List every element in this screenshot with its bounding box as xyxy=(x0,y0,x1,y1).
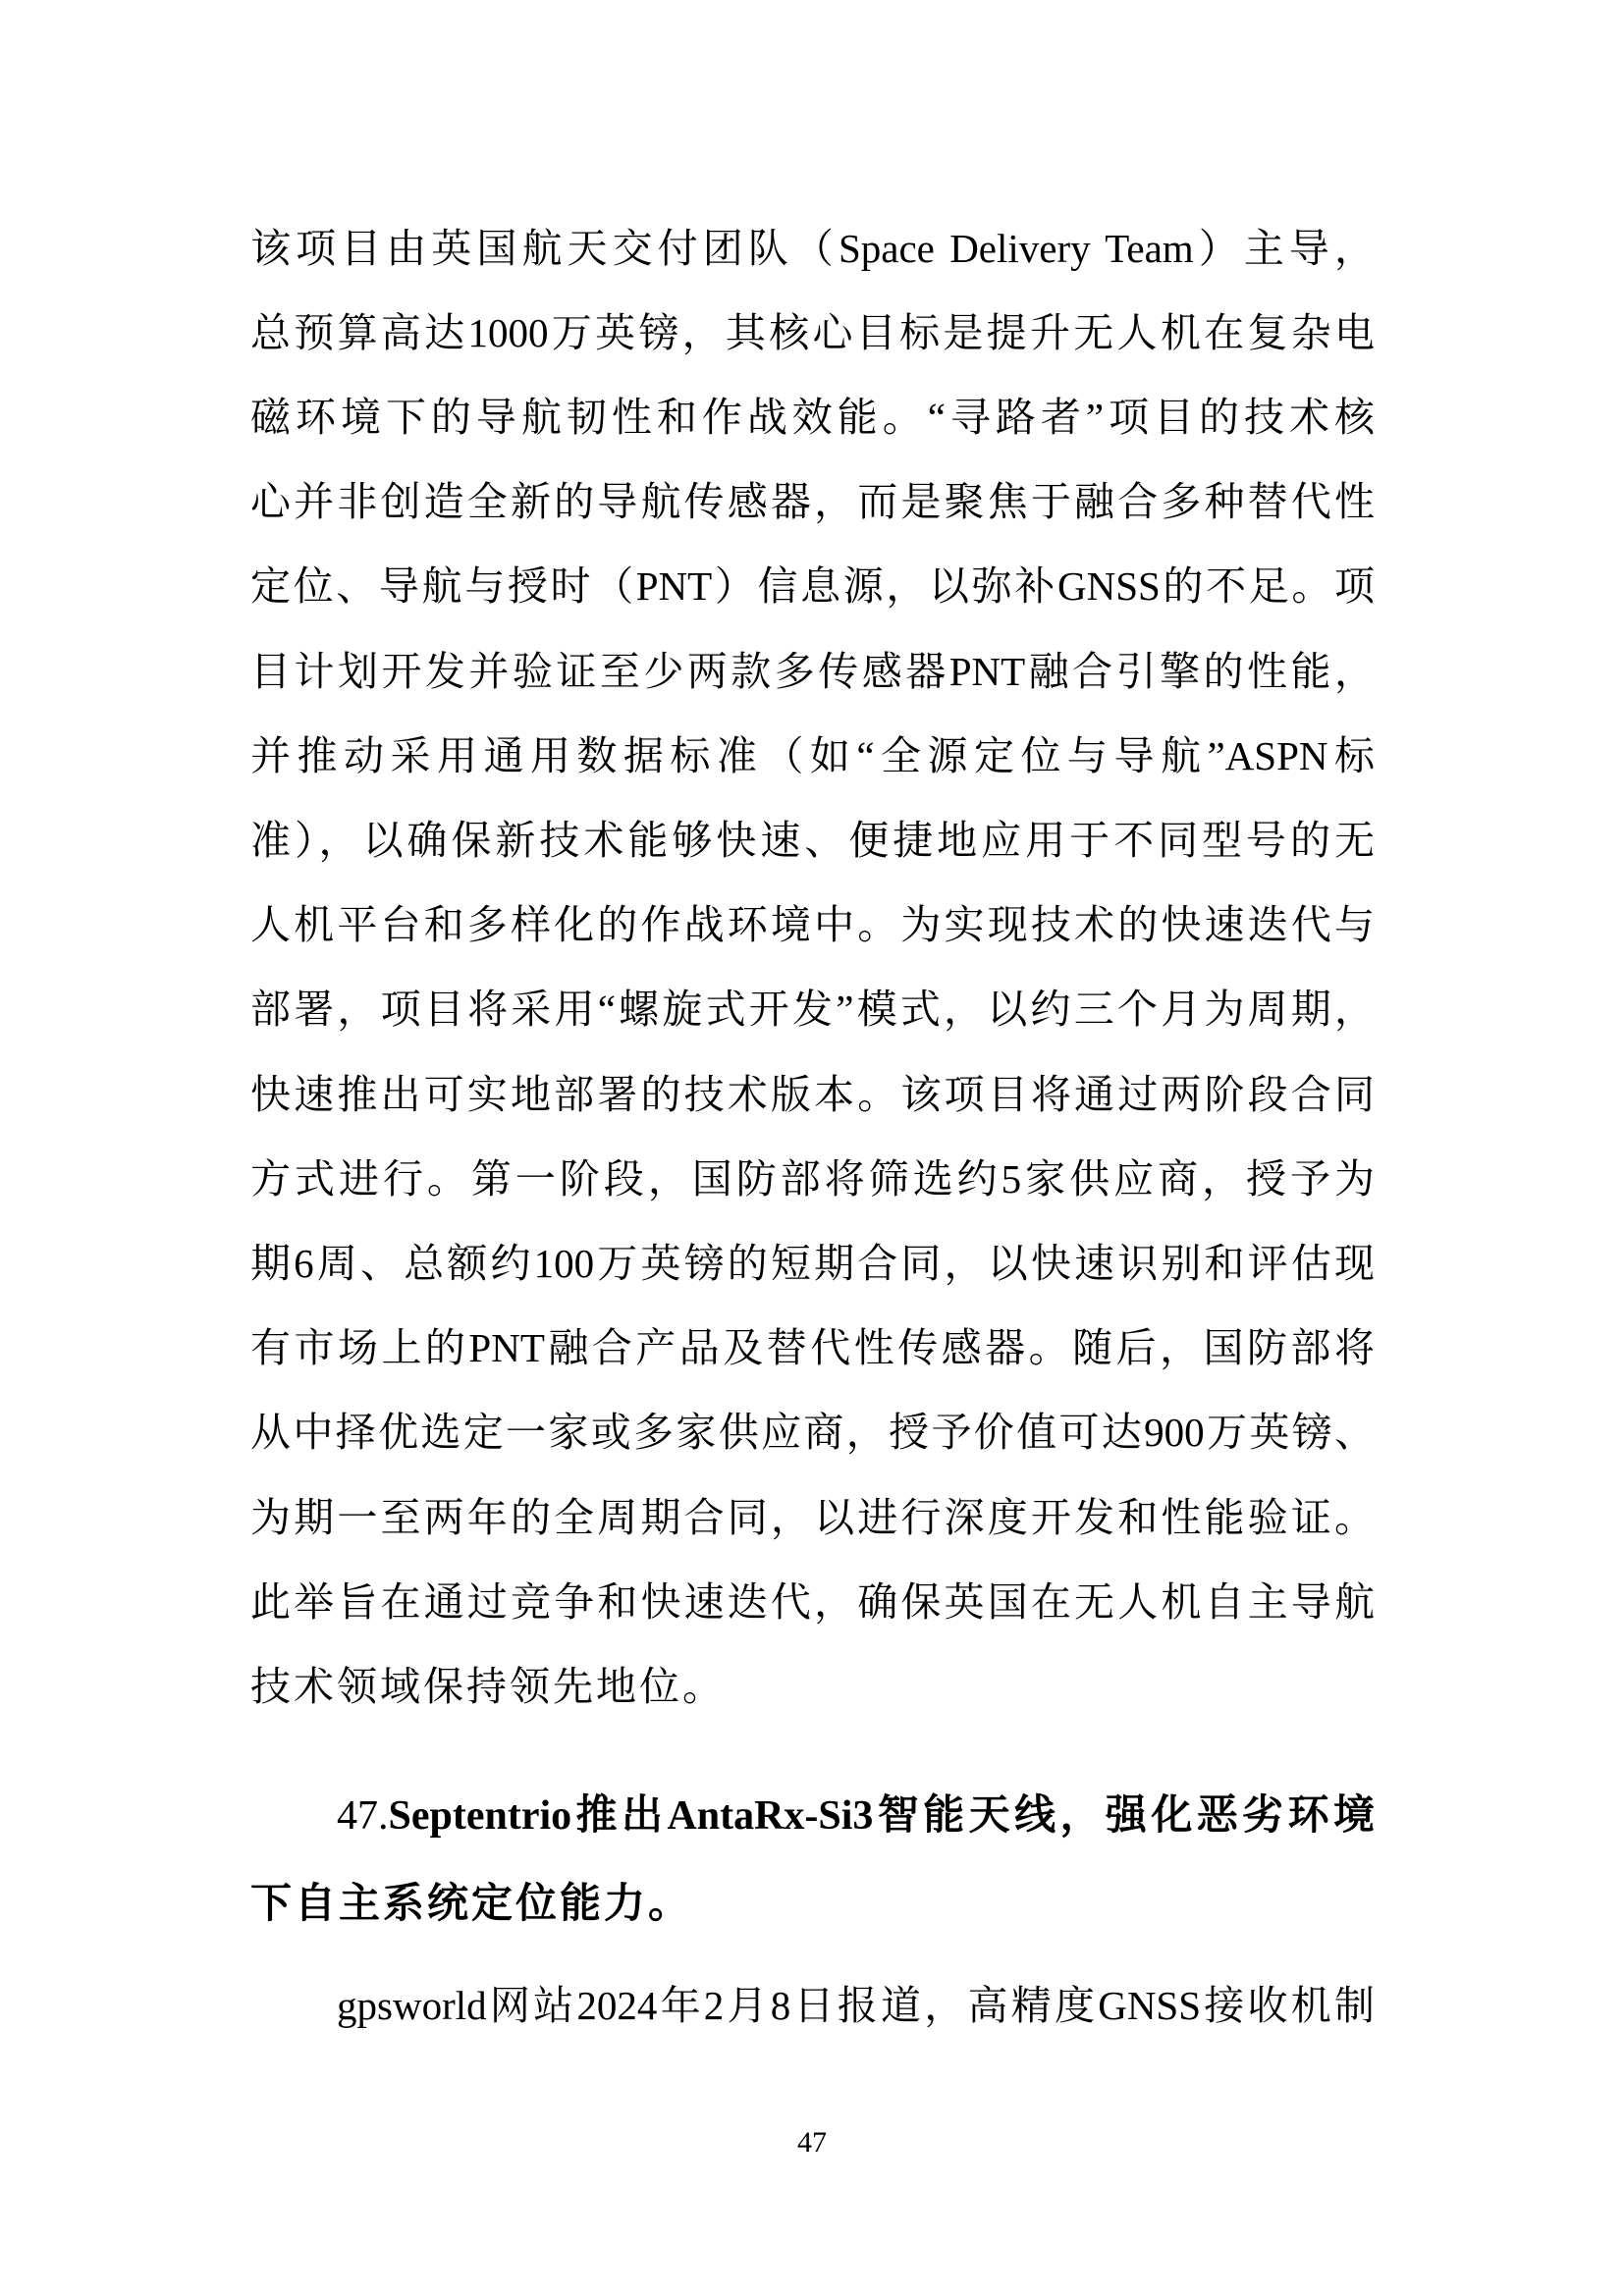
body-text-line: 准），以确保新技术能够快速、便捷地应用于不同型号的无 xyxy=(250,811,1375,870)
section-heading: 47.Septentrio推出AntaRx-Si3智能天线，强化恶劣环境 xyxy=(337,1787,1375,1845)
body-text-line: 从中择优选定一家或多家供应商，授予价值可达900万英镑、 xyxy=(250,1403,1375,1462)
body-text-line: 并推动采用通用数据标准（如“全源定位与导航”ASPN标 xyxy=(250,726,1375,785)
body-text-line: gpsworld网站2024年2月8日报道，高精度GNSS接收机制 xyxy=(337,1976,1375,2035)
body-text-line: 定位、导航与授时（PNT）信息源，以弥补GNSS的不足。项 xyxy=(250,557,1375,615)
body-text-line: 总预算高达1000万英镑，其核心目标是提升无人机在复杂电 xyxy=(250,303,1375,362)
section-heading-title-line1: Septentrio推出AntaRx-Si3智能天线，强化恶劣环境 xyxy=(389,1793,1376,1839)
body-text-line: 技术领域保持领先地位。 xyxy=(250,1657,1375,1716)
section-heading-line2: 下自主系统定位能力。 xyxy=(250,1875,1375,1934)
body-text-line: 目计划开发并验证至少两款多传感器PNT融合引擎的性能， xyxy=(250,642,1375,701)
body-text-line: 此举旨在通过竞争和快速迭代，确保英国在无人机自主导航 xyxy=(250,1573,1375,1631)
body-text-line: 磁环境下的导航韧性和作战效能。“寻路者”项目的技术核 xyxy=(250,388,1375,447)
section-number: 47. xyxy=(337,1793,389,1839)
body-text-line: 期6周、总额约100万英镑的短期合同，以快速识别和评估现 xyxy=(250,1234,1375,1293)
body-text-line: 部署，项目将采用“螺旋式开发”模式，以约三个月为周期， xyxy=(250,980,1375,1039)
document-page: 该项目由英国航天交付团队（Space Delivery Team）主导， 总预算… xyxy=(0,0,1624,2296)
body-text-line: 该项目由英国航天交付团队（Space Delivery Team）主导， xyxy=(250,219,1375,278)
body-text-line: 为期一至两年的全周期合同，以进行深度开发和性能验证。 xyxy=(250,1488,1375,1547)
page-number: 47 xyxy=(0,2125,1624,2161)
body-text-line: 方式进行。第一阶段，国防部将筛选约5家供应商，授予为 xyxy=(250,1149,1375,1208)
body-text-line: 心并非创造全新的导航传感器，而是聚焦于融合多种替代性 xyxy=(250,472,1375,531)
body-text-line: 人机平台和多样化的作战环境中。为实现技术的快速迭代与 xyxy=(250,895,1375,954)
body-text-line: 有市场上的PNT融合产品及替代性传感器。随后，国防部将 xyxy=(250,1318,1375,1377)
body-text-line: 快速推出可实地部署的技术版本。该项目将通过两阶段合同 xyxy=(250,1065,1375,1124)
